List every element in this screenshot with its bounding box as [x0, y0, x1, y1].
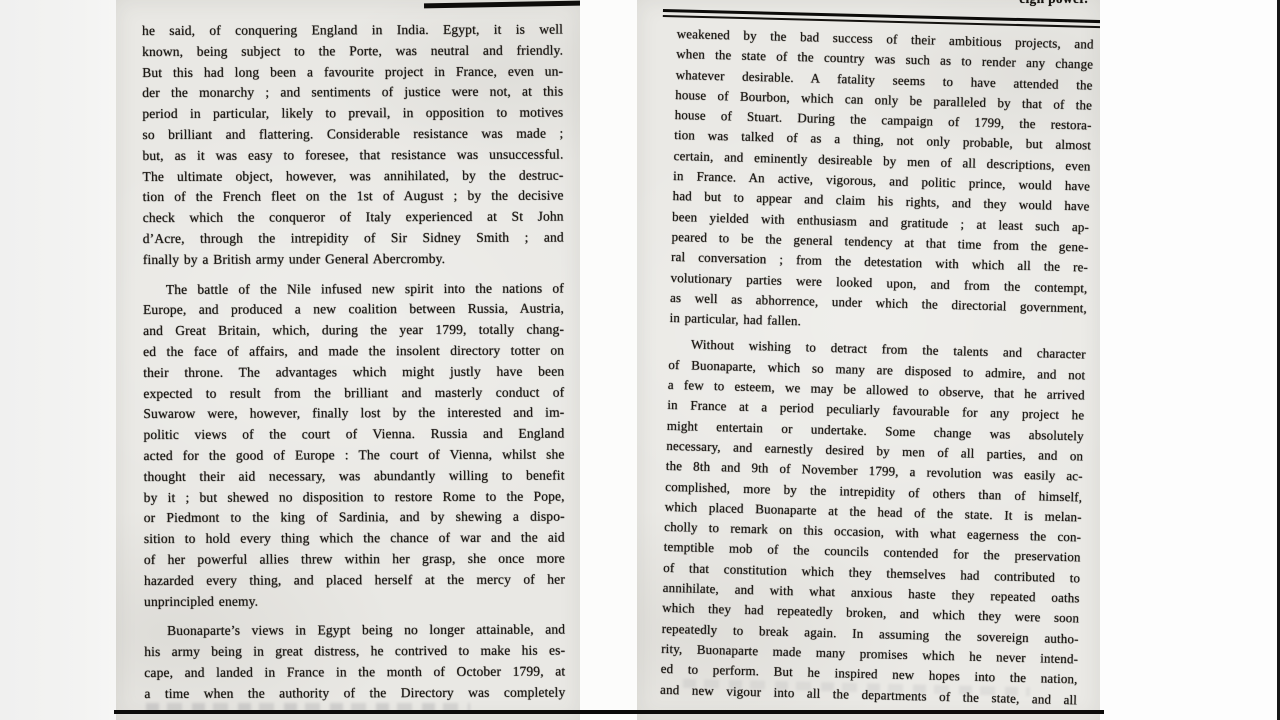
paragraph: The battle of the Nile infused new spiri…: [143, 278, 565, 612]
text-line: known, being subject to the Porte, was n…: [142, 40, 563, 62]
text-line: sition to hold every thing which the cha…: [144, 528, 565, 550]
text-line: he said, of conquering England in India.…: [142, 20, 563, 42]
text-line: hazarded every thing, and placed herself…: [144, 569, 565, 591]
text-line: or Piedmont to the king of Sardinia, and…: [144, 507, 565, 529]
text-line: Suwarow were, however, finally lost by t…: [143, 403, 564, 425]
text-line: d’Acre, through the intrepidity of Sir S…: [143, 227, 564, 249]
text-line: so brilliant and flattering. Considerabl…: [142, 124, 563, 146]
text-line: check which the conqueror of Italy exper…: [143, 207, 564, 229]
text-line: by it ; but shewed no disposition to res…: [144, 486, 565, 508]
text-line: a time when the authority of the Directo…: [144, 682, 565, 704]
text-line: cape, and landed in France in the month …: [144, 661, 565, 683]
text-line: Europe, and produced a new coalition bet…: [143, 299, 564, 321]
text-line: The battle of the Nile infused new spiri…: [143, 278, 564, 300]
text-line: der the monarchy ; and sentiments of jus…: [142, 82, 563, 104]
bottom-page-rule: [114, 710, 1104, 714]
book-page-right: eign power. weakened by the bad success …: [637, 0, 1100, 720]
text-line: acted for the good of Europe : The court…: [143, 444, 564, 466]
header-rule-fragment: [424, 1, 580, 9]
text-line: expected to result from the brilliant an…: [143, 382, 564, 404]
scan-left-margin: [0, 0, 116, 720]
paragraph: weakened by the bad success of their amb…: [669, 24, 1094, 339]
scan-right-margin: [1100, 0, 1280, 720]
running-header-fragment: eign power.: [1019, 0, 1088, 7]
text-line: their throne. The advantages which might…: [143, 361, 564, 383]
text-line: unprincipled enemy.: [144, 590, 565, 612]
text-line: finally by a British army under General …: [143, 248, 564, 270]
left-page-text-column: he said, of conquering England in India.…: [142, 20, 565, 705]
text-line: But this had long been a favourite proje…: [142, 61, 563, 83]
paragraph: he said, of conquering England in India.…: [142, 20, 564, 271]
text-line: his army being in great distress, he con…: [144, 641, 565, 663]
text-line: Buonaparte’s views in Egypt being no lon…: [144, 620, 565, 642]
paragraph: Buonaparte’s views in Egypt being no lon…: [144, 620, 565, 705]
text-line: politic views of the court of Vienna. Ru…: [143, 424, 564, 446]
paragraph: Without wishing to detract from the tale…: [660, 334, 1086, 710]
scanned-book-spread: he said, of conquering England in India.…: [0, 0, 1280, 720]
text-line: ed the face of affairs, and made the ins…: [143, 340, 564, 362]
text-line: period in particular, likely to prevail,…: [142, 103, 563, 125]
book-page-left: he said, of conquering England in India.…: [116, 0, 580, 720]
text-line: The ultimate object, however, was annihi…: [143, 165, 564, 187]
text-line: thought their aid necessary, was abundan…: [144, 465, 565, 487]
text-line: tion of the French fleet on the 1st of A…: [143, 186, 564, 208]
text-line: and Great Britain, which, during the yea…: [143, 320, 564, 342]
right-page-text-column: weakened by the bad success of their amb…: [660, 24, 1094, 710]
text-line: of her powerful allies threw within her …: [144, 548, 565, 570]
text-line: but, as it was easy to foresee, that res…: [142, 144, 563, 166]
